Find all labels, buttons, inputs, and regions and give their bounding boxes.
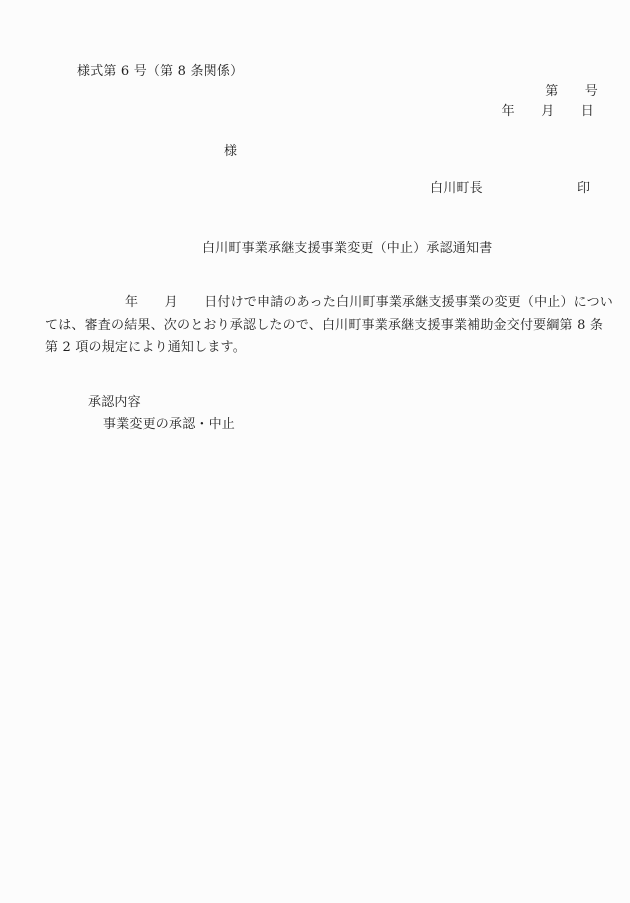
issue-date-line: 年 月 日 — [502, 104, 594, 120]
issuer-line: 白川町長 印 — [0, 181, 630, 197]
document-title: 白川町事業承継支援事業変更（中止）承認通知書 — [202, 241, 492, 257]
approval-heading: 承認内容 — [88, 395, 141, 411]
seal-placeholder: 印 — [577, 181, 590, 197]
form-number: 様式第 6 号（第 8 条関係） — [77, 64, 243, 80]
issuer-name: 白川町長 — [430, 181, 483, 197]
approval-content: 事業変更の承認・中止 — [103, 417, 235, 433]
document-page: 様式第 6 号（第 8 条関係） 第 号 年 月 日 様 白川町長 印 白川町事… — [0, 0, 630, 903]
doc-number-line: 第 号 — [545, 84, 598, 100]
addressee-honorific: 様 — [224, 144, 237, 160]
body-line: 第 2 項の規定により通知します。 — [45, 340, 246, 356]
body-line: 年 月 日付けで申請のあった白川町事業承継支援事業の変更（中止）につい — [125, 295, 613, 311]
body-line: ては、審査の結果、次のとおり承認したので、白川町事業承継支援事業補助金交付要綱第… — [45, 318, 603, 334]
